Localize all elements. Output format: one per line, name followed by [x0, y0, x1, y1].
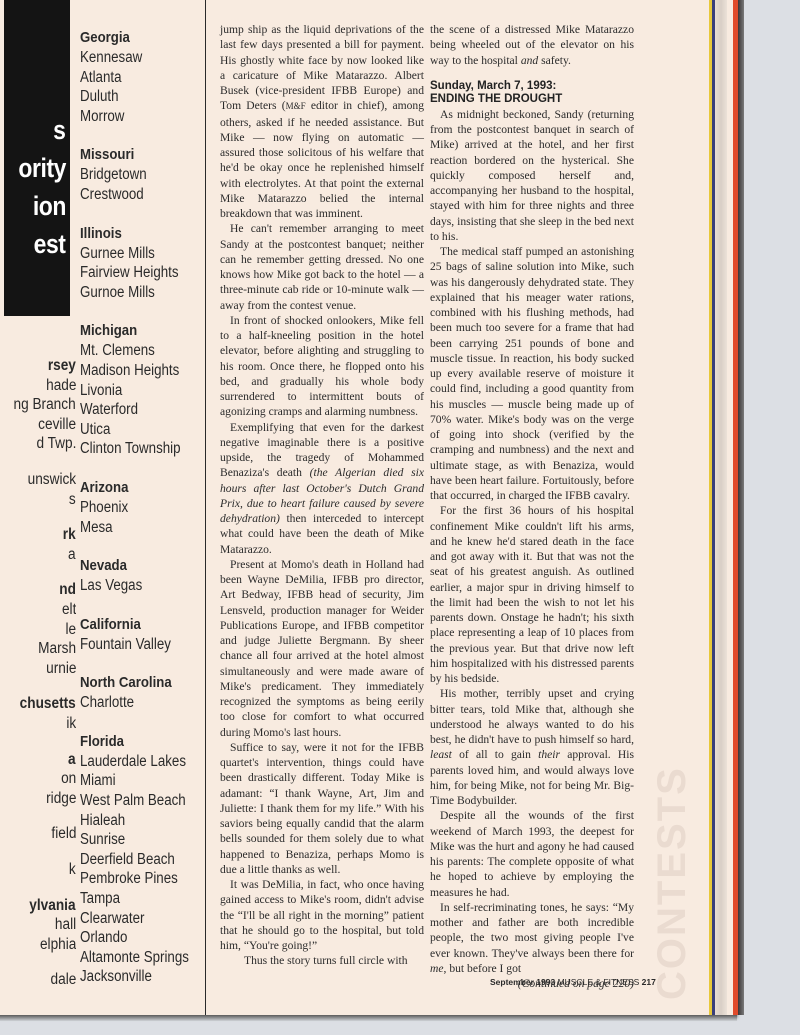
page-edge-stack: [715, 0, 727, 1015]
paragraph: the scene of a distressed Mike Matarazzo…: [430, 22, 634, 68]
city-name: Miami: [80, 771, 192, 791]
state-group: IllinoisGurnee MillsFairview HeightsGurn…: [80, 224, 210, 303]
state-group: North CarolinaCharlotte: [80, 673, 210, 713]
city-name: Las Vegas: [80, 576, 192, 596]
state-group: FloridaLauderdale LakesMiamiWest Palm Be…: [80, 732, 210, 987]
state-name-fragment: nd: [59, 580, 76, 600]
city-name-fragment: elphia: [40, 935, 76, 955]
title-line: est: [34, 229, 66, 259]
paragraph: Despite all the wounds of the first week…: [430, 808, 634, 900]
state-name: Illinois: [80, 224, 194, 244]
subhead-date: Sunday, March 7, 1993:: [430, 80, 634, 93]
state-name-fragment: rsey: [48, 356, 76, 376]
paragraph: For the first 36 hours of his hospital c…: [430, 503, 634, 686]
city-name: Tampa: [80, 889, 192, 909]
city-name: Altamonte Springs: [80, 948, 192, 968]
state-name: North Carolina: [80, 673, 194, 693]
city-name: Mt. Clemens: [80, 341, 192, 361]
state-name-fragment: a: [68, 750, 76, 770]
city-name: Clearwater: [80, 909, 192, 929]
city-name: Kennesaw: [80, 48, 192, 68]
city-name: Deerfield Beach: [80, 850, 192, 870]
state-group: GeorgiaKennesawAtlantaDuluthMorrow: [80, 28, 210, 126]
state-name-fragment: rk: [63, 525, 76, 545]
city-name: Morrow: [80, 107, 192, 127]
paragraph: It was DeMilia, in fact, who once having…: [220, 877, 424, 953]
city-name-fragment: hall: [55, 915, 76, 935]
city-name: Pembroke Pines: [80, 869, 192, 889]
state-name-fragment: ylvania: [30, 896, 76, 916]
city-name: Gurnee Mills: [80, 244, 192, 264]
city-name-fragment: urnie: [46, 659, 76, 679]
city-name: Waterford: [80, 400, 192, 420]
bleed-through-text: CONTESTS: [650, 10, 700, 1000]
city-name-fragment: dale: [50, 970, 76, 990]
city-name: Orlando: [80, 928, 192, 948]
title-line: s: [54, 115, 66, 145]
city-name-fragment: elt: [62, 600, 76, 620]
title-block: s ority ion est: [4, 0, 70, 316]
state-name: Michigan: [80, 321, 194, 341]
city-name: Atlanta: [80, 68, 192, 88]
city-name: Madison Heights: [80, 361, 192, 381]
city-name: Lauderdale Lakes: [80, 752, 192, 772]
column-divider: [205, 0, 206, 1015]
city-name: Jacksonville: [80, 967, 192, 987]
article-column-1: jump ship as the liquid deprivations of …: [220, 22, 424, 969]
state-group: CaliforniaFountain Valley: [80, 615, 210, 655]
city-name-fragment: hade: [46, 376, 76, 396]
paragraph: Thus the story turns full circle with: [220, 953, 424, 968]
paragraph: As midnight beckoned, Sandy (returning f…: [430, 107, 634, 244]
page-edge-dark: [738, 0, 744, 1015]
paragraph: In front of shocked onlookers, Mike fell…: [220, 313, 424, 420]
city-name: Gurnoe Mills: [80, 283, 192, 303]
city-name: Fairview Heights: [80, 263, 192, 283]
page-shadow: [0, 1015, 737, 1021]
city-name: West Palm Beach: [80, 791, 192, 811]
city-name: Bridgetown: [80, 165, 192, 185]
city-name-fragment: a: [68, 545, 76, 565]
page-number: 217: [642, 977, 656, 987]
state-name: Georgia: [80, 28, 194, 48]
city-name: Mesa: [80, 518, 192, 538]
state-name: Nevada: [80, 556, 194, 576]
city-name-fragment: s: [69, 490, 76, 510]
paragraph: In self-recriminating tones, he says: “M…: [430, 900, 634, 976]
city-name-fragment: ng Branch: [14, 395, 76, 415]
state-group: MichiganMt. ClemensMadison HeightsLivoni…: [80, 321, 210, 459]
magazine-name: MUSCLE & FITNESS: [558, 977, 640, 987]
city-name-fragment: k: [69, 860, 76, 880]
state-name: Missouri: [80, 145, 194, 165]
location-list: GeorgiaKennesawAtlantaDuluthMorrowMissou…: [80, 28, 210, 1006]
city-name: Duluth: [80, 87, 192, 107]
city-name: Fountain Valley: [80, 635, 192, 655]
city-name-fragment: ceville: [38, 415, 76, 435]
subhead-title: ENDING THE DROUGHT: [430, 93, 634, 106]
state-group: ArizonaPhoenixMesa: [80, 478, 210, 537]
state-group: MissouriBridgetownCrestwood: [80, 145, 210, 204]
paragraph: Present at Momo's death in Holland had b…: [220, 557, 424, 740]
section-subhead: Sunday, March 7, 1993: ENDING THE DROUGH…: [430, 80, 634, 106]
city-name-fragment: ik: [66, 714, 76, 734]
city-name: Charlotte: [80, 693, 192, 713]
issue-date: September 1993: [490, 977, 555, 987]
city-name: Livonia: [80, 381, 192, 401]
city-name-fragment: ridge: [46, 789, 76, 809]
city-name: Sunrise: [80, 830, 192, 850]
paragraph: jump ship as the liquid deprivations of …: [220, 22, 424, 221]
page-footer: September 1993 MUSCLE & FITNESS 217: [490, 977, 656, 987]
paragraph: Exemplifying that even for the darkest n…: [220, 420, 424, 557]
paragraph: His mother, terribly upset and crying bi…: [430, 686, 634, 808]
state-name: Florida: [80, 732, 194, 752]
state-name-fragment: chusetts: [20, 694, 76, 714]
city-name-fragment: Marsh: [38, 639, 76, 659]
city-name: Clinton Township: [80, 439, 192, 459]
city-name: Crestwood: [80, 185, 192, 205]
city-name: Hialeah: [80, 811, 192, 831]
city-name-fragment: d Twp.: [36, 434, 76, 454]
city-name-fragment: le: [65, 620, 76, 640]
city-name-fragment: field: [51, 824, 76, 844]
article-column-2: the scene of a distressed Mike Matarazzo…: [430, 22, 634, 991]
city-name: Utica: [80, 420, 192, 440]
city-name-fragment: unswick: [27, 470, 76, 490]
paragraph: The medical staff pumped an astonishing …: [430, 244, 634, 503]
state-name: California: [80, 615, 194, 635]
state-name: Arizona: [80, 478, 194, 498]
city-name-fragment: on: [61, 769, 76, 789]
title-line: ority: [18, 153, 66, 183]
state-group: NevadaLas Vegas: [80, 556, 210, 596]
city-name: Phoenix: [80, 498, 192, 518]
title-line: ion: [33, 191, 66, 221]
paragraph: Suffice to say, were it not for the IFBB…: [220, 740, 424, 877]
paragraph: He can't remember arranging to meet Sand…: [220, 221, 424, 313]
magazine-page: CONTESTS rseyhadeng Branchcevilled Twp.u…: [0, 0, 737, 1015]
